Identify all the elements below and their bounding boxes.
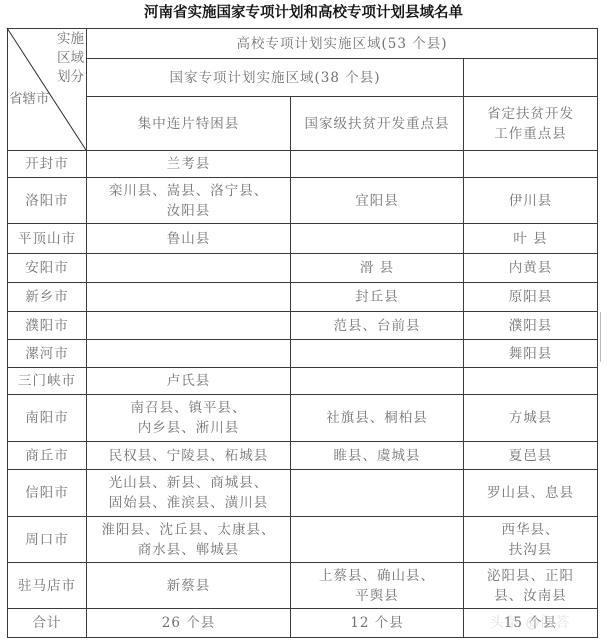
corner-column-label-line: 实施	[40, 30, 84, 49]
national-poverty-counties	[291, 470, 463, 516]
cell-text-line: 驻马店市	[18, 576, 76, 596]
cell-text-line: 栾川县、嵩县、洛宁县、	[109, 181, 269, 201]
cell-text-line: 卢氏县	[167, 371, 211, 391]
cell-text-line: 上蔡县、确山县、	[319, 566, 435, 586]
provincial-poverty-counties: 夏邑县	[464, 442, 597, 469]
table-border-right	[597, 28, 598, 638]
cell-text-line: 社旗县、桐柏县	[326, 408, 428, 428]
national-poverty-counties	[291, 517, 463, 562]
cell-text-line: 洛阳市	[25, 191, 69, 211]
cell-text-line: 罗山县、息县	[487, 483, 574, 503]
contiguous-poor-counties	[87, 340, 290, 367]
cell-text-line: 集中连片特困县	[138, 114, 240, 134]
national-poverty-counties	[291, 224, 463, 253]
header-national-poverty-counties: 国家级扶贫开发重点县	[291, 97, 463, 150]
contiguous-poor-counties: 光山县、新县、商城县、固始县、淮滨县、潢川县	[87, 470, 290, 516]
provincial-poverty-counties: 舞阳县	[464, 340, 597, 367]
cell-text-line: 范县、台前县	[334, 316, 421, 336]
provincial-poverty-counties: 叶 县	[464, 224, 597, 253]
national-poverty-counties: 范县、台前县	[291, 312, 463, 339]
cell-text-line: 26 个县	[162, 613, 215, 633]
city-name: 驻马店市	[8, 563, 86, 608]
total-national: 12 个县	[291, 609, 463, 637]
national-poverty-counties: 上蔡县、确山县、平舆县	[291, 563, 463, 608]
city-name: 濮阳市	[8, 312, 86, 339]
cell-text-line: 舞阳县	[509, 344, 553, 364]
cell-text-line: 新乡市	[25, 287, 69, 307]
provincial-poverty-counties: 原阳县	[464, 283, 597, 311]
contiguous-poor-counties: 栾川县、嵩县、洛宁县、汝阳县	[87, 178, 290, 223]
cell-text-line: 内乡县、淅川县	[131, 418, 247, 438]
city-name: 商丘市	[8, 442, 86, 469]
cell-text-line: 汝阳县	[109, 201, 269, 221]
corner-column-label-line: 区域	[40, 49, 84, 68]
cell-text-line: 合计	[33, 613, 62, 633]
cell-text-line: 国家专项计划实施区域(38 个县)	[169, 68, 380, 88]
cell-text-line: 高校专项计划实施区域(53 个县)	[236, 34, 447, 54]
cell-text-line: 方城县	[509, 408, 553, 428]
cell-text-line: 濮阳市	[25, 316, 69, 336]
provincial-poverty-counties	[464, 368, 597, 394]
city-name: 漯河市	[8, 340, 86, 367]
cell-text-line: 南阳市	[25, 408, 69, 428]
cell-text-line: 平舆县	[319, 586, 435, 606]
contiguous-poor-counties: 民权县、宁陵县、柘城县	[87, 442, 290, 469]
city-name: 三门峡市	[8, 368, 86, 394]
cell-text-line: 伊川县	[509, 191, 553, 211]
document-title: 河南省实施国家专项计划和高校专项计划县域名单	[0, 3, 607, 23]
header-national-plan: 国家专项计划实施区域(38 个县)	[87, 59, 463, 96]
city-name: 安阳市	[8, 254, 86, 282]
national-poverty-counties: 滑 县	[291, 254, 463, 282]
provincial-poverty-counties: 罗山县、息县	[464, 470, 597, 516]
provincial-poverty-counties: 泌阳县、正阳县、汝南县	[464, 563, 597, 608]
cell-text-line: 民权县、宁陵县、柘城县	[109, 446, 269, 466]
national-poverty-counties: 封丘县	[291, 283, 463, 311]
cell-text-line: 新蔡县	[167, 576, 211, 596]
cell-text-line: 濮阳县	[509, 316, 553, 336]
scroll-artifact	[600, 312, 601, 362]
city-name: 平顶山市	[8, 224, 86, 253]
national-poverty-counties: 宜阳县	[291, 178, 463, 223]
cell-text-line: 固始县、淮滨县、潢川县	[109, 493, 269, 513]
cell-text-line: 原阳县	[509, 287, 553, 307]
national-poverty-counties: 睢县、虞城县	[291, 442, 463, 469]
corner-column-label-line: 划分	[40, 68, 84, 87]
cell-text-line: 光山县、新县、商城县、	[109, 473, 269, 493]
cell-text-line: 泌阳县、正阳	[487, 566, 574, 586]
cell-text-line: 睢县、虞城县	[334, 446, 421, 466]
cell-text-line: 开封市	[25, 154, 69, 174]
cell-text-line: 周口市	[25, 530, 69, 550]
cell-text-line: 叶 县	[513, 229, 547, 249]
city-name: 信阳市	[8, 470, 86, 516]
cell-text-line: 安阳市	[25, 258, 69, 278]
cell-text-line: 宜阳县	[355, 191, 399, 211]
cell-text-line: 夏邑县	[509, 446, 553, 466]
city-name: 南阳市	[8, 395, 86, 441]
provincial-poverty-counties	[464, 151, 597, 177]
cell-text-line: 滑 县	[360, 258, 394, 278]
city-name: 开封市	[8, 151, 86, 177]
corner-row-label: 省辖市	[9, 87, 50, 107]
contiguous-poor-counties	[87, 283, 290, 311]
cell-text-line: 南召县、镇平县、	[131, 398, 247, 418]
cell-text-line: 商水县、郸城县	[102, 540, 276, 560]
contiguous-poor-counties: 淮阳县、沈丘县、太康县、商水县、郸城县	[87, 517, 290, 562]
corner-column-label: 实施区域划分	[40, 30, 84, 87]
contiguous-poor-counties: 新蔡县	[87, 563, 290, 608]
header-university-plan: 高校专项计划实施区域(53 个县)	[87, 29, 597, 58]
cell-text-line: 漯河市	[25, 344, 69, 364]
cell-text-line: 信阳市	[25, 483, 69, 503]
provincial-poverty-counties: 濮阳县	[464, 312, 597, 339]
national-poverty-counties: 社旗县、桐柏县	[291, 395, 463, 441]
city-name: 周口市	[8, 517, 86, 562]
cell-text-line: 工作重点县	[487, 124, 574, 144]
contiguous-poor-counties: 兰考县	[87, 151, 290, 177]
cell-text-line: 12 个县	[350, 613, 403, 633]
cell-text-line: 省定扶贫开发	[487, 104, 574, 124]
cell-text-line: 商丘市	[25, 446, 69, 466]
cell-text-line: 三门峡市	[18, 371, 76, 391]
provincial-poverty-counties: 西华县、扶沟县	[464, 517, 597, 562]
national-poverty-counties	[291, 151, 463, 177]
contiguous-poor-counties	[87, 312, 290, 339]
contiguous-poor-counties	[87, 254, 290, 282]
cell-text-line: 淮阳县、沈丘县、太康县、	[102, 520, 276, 540]
header-contiguous-poor-counties: 集中连片特困县	[87, 97, 290, 150]
cell-text-line: 封丘县	[355, 287, 399, 307]
contiguous-poor-counties: 卢氏县	[87, 368, 290, 394]
total-contiguous: 26 个县	[87, 609, 290, 637]
provincial-poverty-counties: 方城县	[464, 395, 597, 441]
header-provincial-poverty-counties: 省定扶贫开发工作重点县	[464, 97, 597, 150]
total-label: 合计	[8, 609, 86, 637]
provincial-poverty-counties: 伊川县	[464, 178, 597, 223]
city-name: 新乡市	[8, 283, 86, 311]
cell-text-line: 西华县、	[502, 520, 560, 540]
cell-text-line: 兰考县	[167, 154, 211, 174]
contiguous-poor-counties: 鲁山县	[87, 224, 290, 253]
cell-text-line: 国家级扶贫开发重点县	[305, 114, 450, 134]
city-name: 洛阳市	[8, 178, 86, 223]
cell-text-line: 县、汝南县	[487, 586, 574, 606]
cell-text-line: 内黄县	[509, 258, 553, 278]
contiguous-poor-counties: 南召县、镇平县、内乡县、淅川县	[87, 395, 290, 441]
national-poverty-counties	[291, 340, 463, 367]
provincial-poverty-counties: 内黄县	[464, 254, 597, 282]
table-border-bottom	[7, 637, 598, 638]
cell-text-line: 扶沟县	[502, 540, 560, 560]
cell-text-line: 平顶山市	[18, 229, 76, 249]
national-poverty-counties	[291, 368, 463, 394]
cell-text-line: 鲁山县	[167, 229, 211, 249]
watermark: 头条 @问答	[490, 612, 570, 632]
